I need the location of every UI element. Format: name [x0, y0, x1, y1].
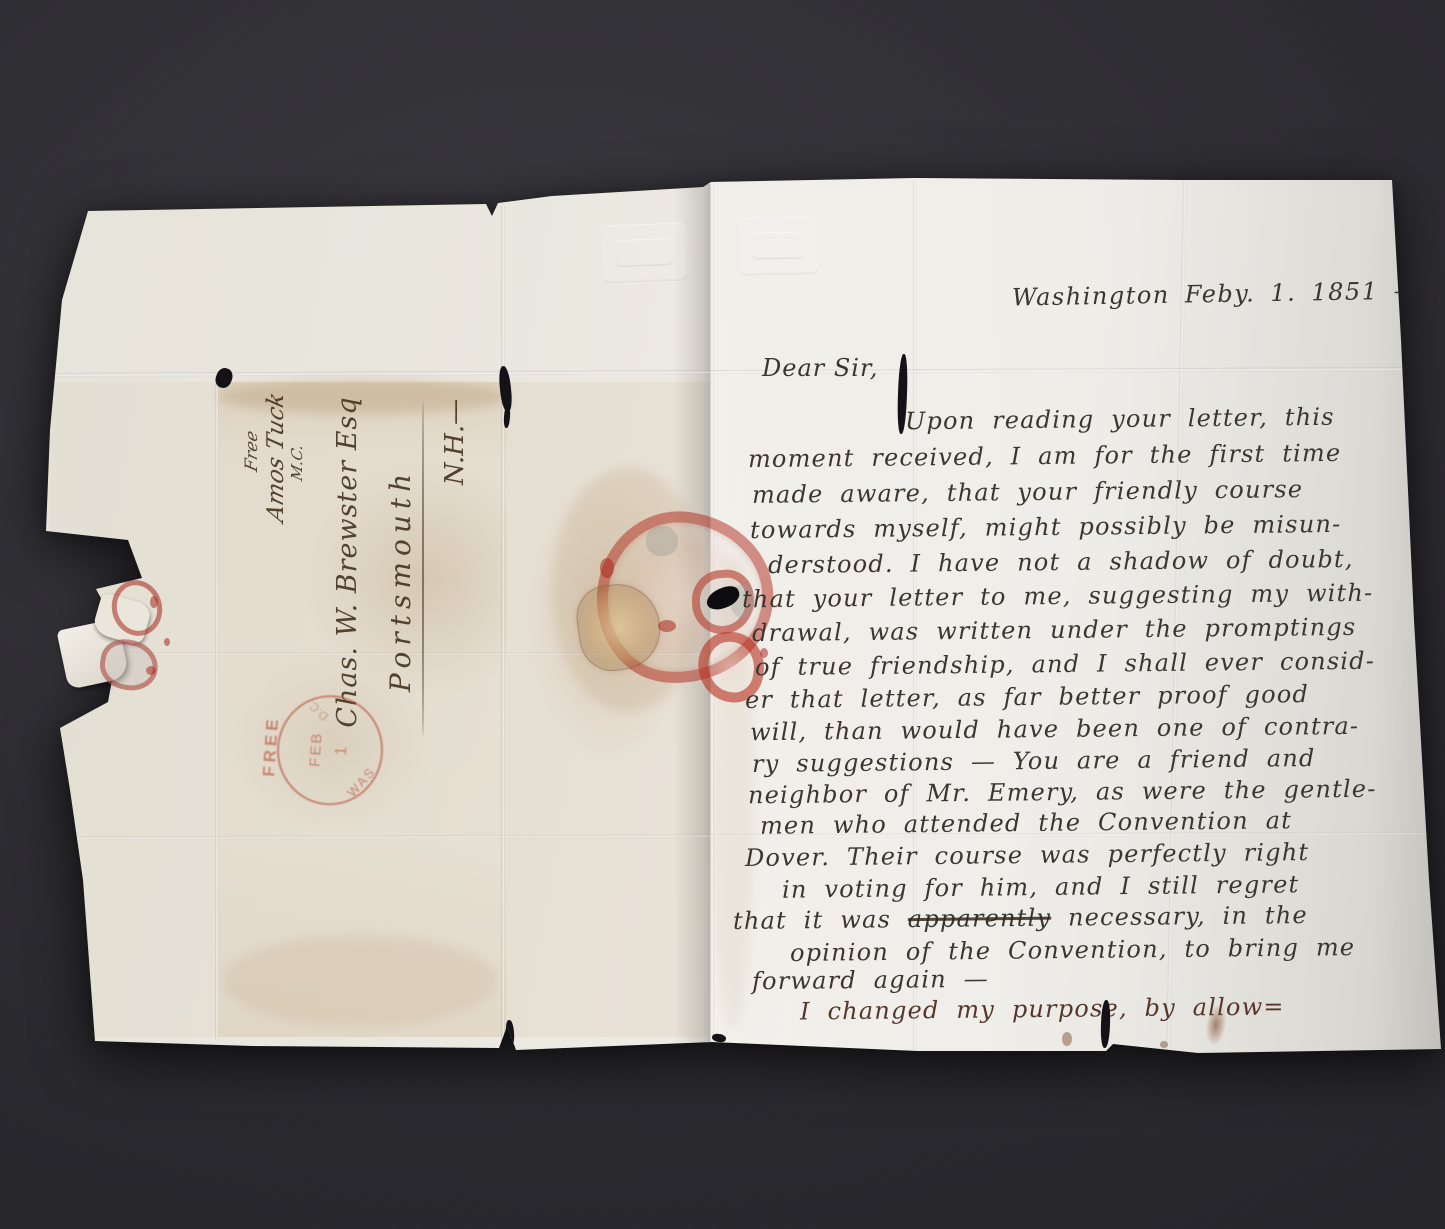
wax-speck: [150, 596, 158, 608]
postmark-month: FEB: [306, 731, 325, 767]
letter-line: made aware, that your friendly course: [752, 475, 1304, 509]
letter-line: er that letter, as far better proof good: [745, 680, 1309, 714]
letter-sheet-wrapper: Free Amos Tuck M.C. Chas. W. Brewster Es…: [0, 0, 1445, 1229]
ink-stain: [1160, 1041, 1168, 1048]
frank-free-label: Free: [243, 364, 263, 539]
letter-line: Dover. Their course was perfectly right: [745, 838, 1310, 872]
postmark-circle: FEB 1 WAS D.C.: [273, 692, 386, 809]
postmark-dc: D.C.: [304, 697, 331, 724]
seal-smudge: [646, 526, 678, 556]
wax-speck: [600, 558, 614, 578]
letter-sheet: Free Amos Tuck M.C. Chas. W. Brewster Es…: [0, 0, 1445, 1229]
ink-stain: [1062, 1032, 1072, 1046]
postmark-day: 1: [333, 746, 352, 756]
fold-crease-vertical: [501, 206, 505, 1050]
letter-line: men who attended the Convention at: [760, 806, 1292, 840]
letter-line: forward again —: [752, 965, 989, 995]
letter-salutation: Dear Sir,: [762, 354, 878, 382]
wax-speck: [164, 638, 170, 646]
struck-word: apparently: [908, 904, 1052, 933]
stain: [224, 935, 496, 1027]
recipient-state: N.H.—: [440, 387, 476, 497]
frank-signature: Amos Tuck: [263, 369, 289, 546]
embossed-crest: [737, 216, 820, 275]
wax-speck: [658, 620, 676, 632]
letter-line: ry suggestions — You are a friend and: [752, 744, 1316, 778]
postmark-stamp: FREE FEB 1 WAS D.C.: [256, 671, 398, 830]
postmark-city: WAS: [344, 763, 379, 799]
letter-line: Upon reading your letter, this: [905, 403, 1335, 435]
embossed-crest: [599, 222, 689, 283]
frank-title: M.C.: [289, 376, 306, 550]
letter-line: opinion of the Convention, to bring me: [790, 933, 1356, 967]
wax-speck: [146, 666, 156, 675]
photo-background: Free Amos Tuck M.C. Chas. W. Brewster Es…: [0, 0, 1445, 1229]
letter-line: in voting for him, and I still regret: [782, 870, 1300, 903]
